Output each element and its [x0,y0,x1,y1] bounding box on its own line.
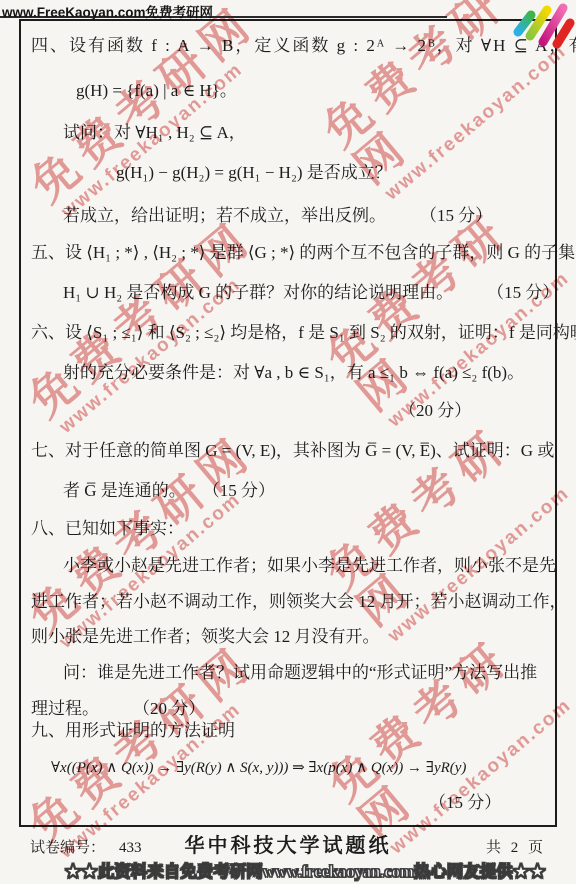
question-8-line-1: 八、已知如下事实： [31,518,184,540]
paper-number-value: 433 [119,840,142,856]
exam-paper-frame: 四、设有函数 f : A → B，定义函数 g : 2ᴬ → 2ᴮ，对 ∀H ⊆… [19,19,557,827]
question-4-line-3: 试问：对 ∀H₁ , H₂ ⊆ A， [63,122,246,144]
paper-number: 试卷编号：433 [30,836,142,857]
question-5-line-1: 五、设 ⟨H₁ ; *⟩ , ⟨H₂ ; *⟩ 是群 ⟨G ; *⟩ 的两个互不… [31,242,575,264]
page-count: 共 2 页 [486,836,546,857]
question-9-score: （15 分） [429,792,501,814]
question-7-line-1: 七、对于任意的简单图 G = (V, E)，其补图为 G̅ = (V, E̅)、… [31,440,554,462]
question-9-formula: ∀x((P(x) ∧ Q(x)) → ∃y(R(y) ∧ S(x, y))) ⇒… [51,757,466,779]
question-4-line-5: 若成立，给出证明；若不成立，举出反例。 （15 分） [63,205,492,227]
freekaoyan-footer-banner: ★★此资料来自免费考研网www.freekaoyan.com热心网友提供★★ [65,858,546,882]
question-7-line-2: 者 G̅ 是连通的。 （15 分） [63,480,275,502]
freekaoyan-header-link[interactable]: www.FreeKaoyan.com免费考研网 [0,0,217,21]
question-6-line-2: 射的充分必要条件是：对 ∀a , b ∈ S₁，有 a ≤₁ b ⇔ f(a) … [63,362,524,384]
freekaoyan-stripes-logo [511,1,575,53]
school-title: 华中科技大学试题纸 [185,829,392,858]
question-8-line-2: 小李或小赵是先进工作者；如果小李是先进工作者，则小张不是先 [63,555,556,577]
question-6-score: （20 分） [399,400,471,422]
question-5-line-2: H₁ ∪ H₂ 是否构成 G 的子群？对你的结论说明理由。 （15 分） [63,282,559,304]
question-8-line-6: 理过程。 （20 分） [31,698,205,720]
question-8-line-5: 问：谁是先进工作者？试用命题逻辑中的“形式证明”方法写出推 [63,662,537,684]
question-4-line-2: g(H) = {f(a) | a ∈ H}。 [76,80,237,102]
question-6-line-1: 六、设 ⟨S₁ ; ≤₁⟩ 和 ⟨S₂ ; ≤₂⟩ 均是格，f 是 S₁ 到 S… [31,322,576,344]
question-8-line-3: 进工作者；若小赵不调动工作，则领奖大会 12 月开；若小赵调动工作， [31,591,567,613]
question-8-line-4: 则小张是先进工作者；领奖大会 12 月没有开。 [31,626,380,648]
question-9-line-1: 九、用形式证明的方法证明 [31,720,235,742]
paper-number-label: 试卷编号： [30,840,105,856]
question-4-line-1: 四、设有函数 f : A → B，定义函数 g : 2ᴬ → 2ᴮ，对 ∀H ⊆… [31,35,576,57]
question-4-line-4: g(H₁) − g(H₂) = g(H₁ − H₂) 是否成立？ [116,162,392,184]
